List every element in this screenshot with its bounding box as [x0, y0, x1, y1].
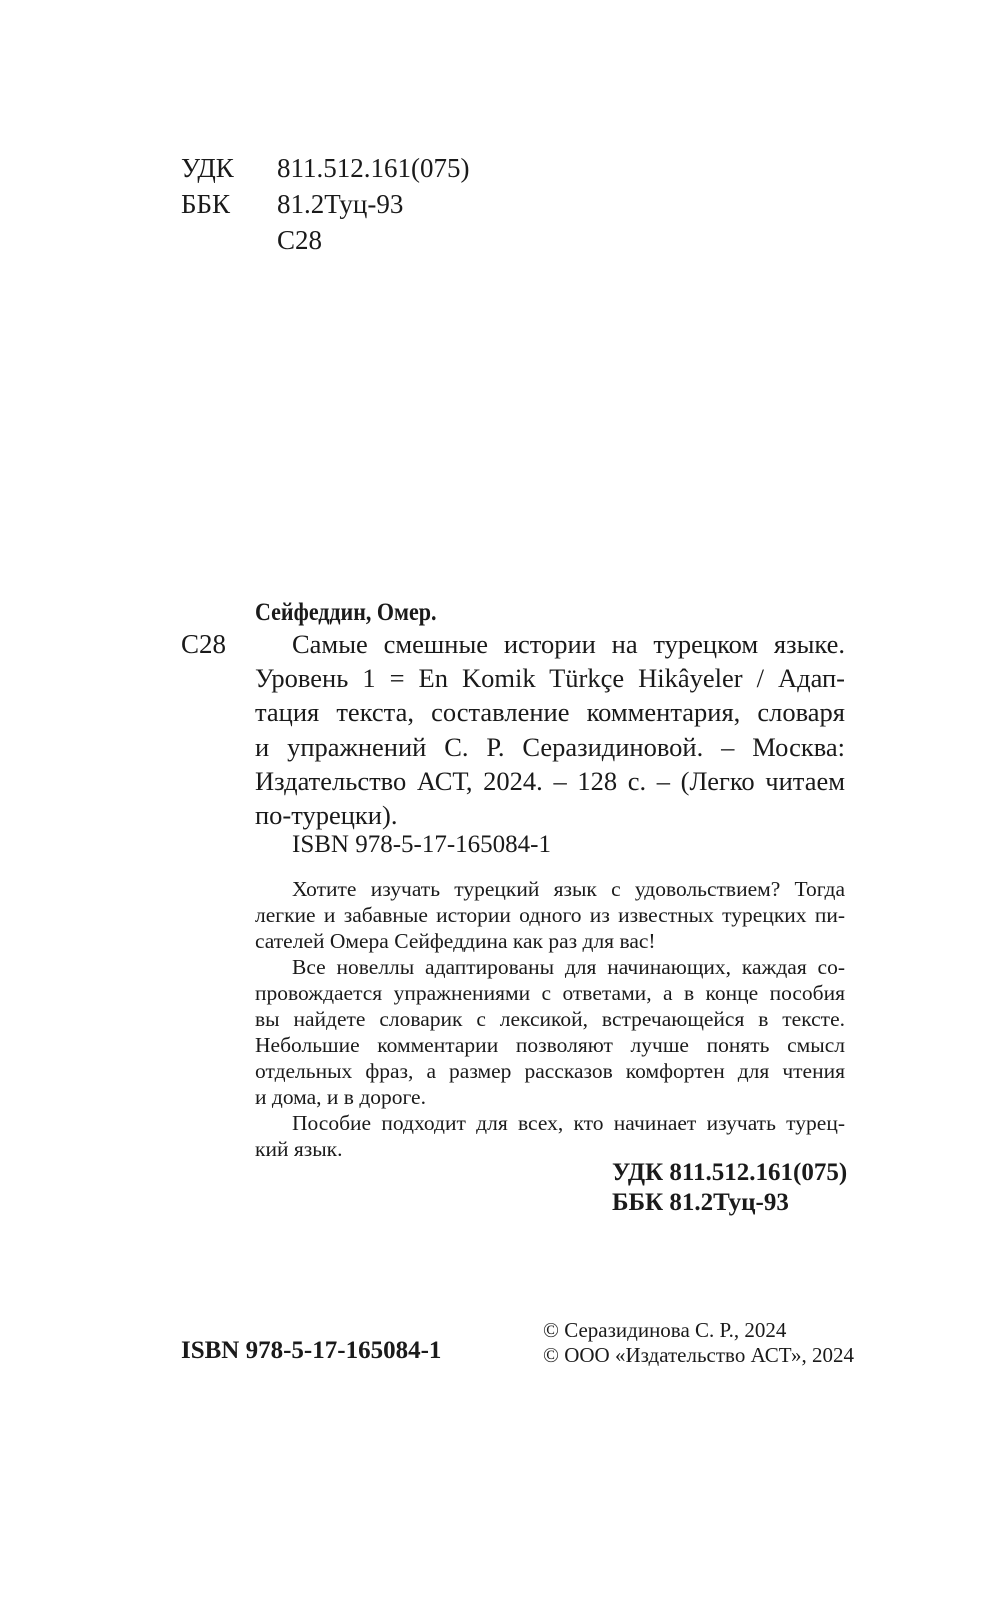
record-cutter-code: С28	[181, 627, 226, 661]
cutter-code: С28	[277, 222, 322, 258]
udk-label: УДК	[181, 150, 277, 186]
annotation-line: Пособие подходит для всех, кто начинает …	[255, 1110, 845, 1136]
annotation-line: Все новеллы адаптированы для начинающих,…	[255, 954, 845, 980]
annotation-line: отдельных фраз, а размер рассказов комфо…	[255, 1058, 845, 1084]
footer-isbn: ISBN 978-5-17-165084-1	[181, 1335, 441, 1367]
annotation-line: Небольшие комментарии позволяют лучше по…	[255, 1032, 845, 1058]
copyright-line: © ООО «Издательство АСТ», 2024	[543, 1343, 854, 1368]
author-heading: Сейфеддин, Омер.	[255, 596, 437, 630]
udk-row: УДК 811.512.161(075)	[181, 150, 469, 186]
biblio-line: по-турецки).	[255, 798, 845, 832]
classification-block: УДК 811.512.161(075) ББК 81.2Туц-93 С28	[181, 150, 469, 258]
udk-value: 811.512.161(075)	[277, 150, 469, 186]
annotation-line: сателей Омера Сейфеддина как раз для вас…	[255, 928, 845, 954]
annotation-line: Хотите изучать турецкий язык с удовольст…	[255, 876, 845, 902]
record-isbn: ISBN 978-5-17-165084-1	[292, 829, 551, 861]
biblio-line: Самые смешные истории на турецком языке.	[255, 627, 845, 661]
copyright-block: © Серазидинова С. Р., 2024 © ООО «Издате…	[543, 1318, 854, 1368]
copyright-line: © Серазидинова С. Р., 2024	[543, 1318, 854, 1343]
annotation: Хотите изучать турецкий язык с удовольст…	[255, 876, 845, 1162]
cutter-row: С28	[181, 222, 469, 258]
bibliographic-description: Самые смешные истории на турецком языке.…	[255, 627, 845, 832]
annotation-line: и дома, и в дороге.	[255, 1084, 845, 1110]
biblio-line: Уровень 1 = En Komik Türkçe Hikâyeler / …	[255, 661, 845, 695]
biblio-line: и упражнений С. Р. Серазидиновой. – Моск…	[255, 730, 845, 764]
annotation-bbk: ББК 81.2Туц-93	[612, 1188, 847, 1218]
biblio-line: тация текста, составление комментария, с…	[255, 695, 845, 729]
annotation-classification: УДК 811.512.161(075) ББК 81.2Туц-93	[612, 1158, 847, 1218]
annotation-line: легкие и забавные истории одного из изве…	[255, 902, 845, 928]
bbk-value: 81.2Туц-93	[277, 186, 403, 222]
bbk-label: ББК	[181, 186, 277, 222]
annotation-line: провождается упражнениями с ответами, а …	[255, 980, 845, 1006]
annotation-udk: УДК 811.512.161(075)	[612, 1158, 847, 1188]
annotation-line: вы найдете словарик с лексикой, встречаю…	[255, 1006, 845, 1032]
bbk-row: ББК 81.2Туц-93	[181, 186, 469, 222]
biblio-line: Издательство АСТ, 2024. – 128 с. – (Легк…	[255, 764, 845, 798]
